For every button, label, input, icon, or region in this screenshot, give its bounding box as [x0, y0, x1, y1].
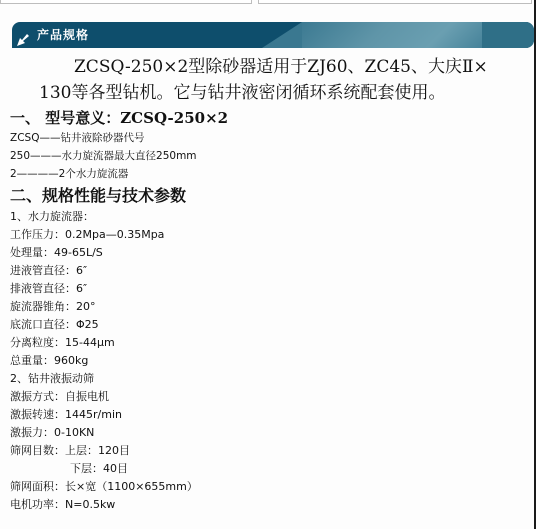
spec-line: 激振力：0-10KN — [10, 424, 94, 440]
model-meaning-heading: 一、 型号意义：ZCSQ-250×2 — [10, 107, 228, 128]
spec-line: 分离粒度：15-44μm — [10, 334, 115, 350]
hydrocyclone-title: 1、水力旋流器： — [10, 208, 94, 224]
spec-line: 旋流器锥角：20° — [10, 298, 96, 314]
spec-line: 工作压力：0.2Mpa—0.35Mpa — [10, 226, 164, 242]
spec-line: 排液管直径：6″ — [10, 280, 87, 296]
top-frame — [0, 0, 536, 6]
top-frame-left — [0, 0, 252, 4]
spec-line: 总重量：960kg — [10, 352, 88, 368]
spec-line: 处理量：49-65L/S — [10, 244, 103, 260]
spec-line: 底流口直径：Φ25 — [10, 316, 99, 332]
spec-line: 电机功率：N=0.5kw — [10, 496, 115, 512]
section-title: 产品规格 — [37, 26, 89, 43]
spec-line: 激振转速：1445r/min — [10, 406, 122, 422]
model-item: 2————2个水力旋流器 — [10, 166, 128, 181]
header-decoration — [482, 22, 534, 48]
model-item: 250———水力旋流器最大直径250mm — [10, 148, 197, 163]
arrow-icon — [16, 33, 30, 47]
intro-line-1: ZCSQ-250×2型除砂器适用于ZJ60、ZC45、大庆Ⅱ× — [74, 52, 488, 77]
top-frame-right — [258, 0, 532, 4]
section-header-bar — [12, 22, 534, 48]
header-decoration — [302, 22, 492, 48]
intro-line-2: 130等各型钻机。它与钻井液密闭循环系统配套使用。 — [39, 78, 445, 103]
spec-line: 筛网面积：长×宽（1100×655mm） — [10, 478, 198, 494]
spec-line: 下层：40目 — [70, 460, 128, 476]
header-decoration — [262, 22, 302, 48]
spec-line: 进液管直径：6″ — [10, 262, 87, 278]
spec-line: 筛网目数：上层：120目 — [10, 442, 130, 458]
specs-heading: 二、规格性能与技术参数 — [10, 183, 186, 206]
shaker-title: 2、钻井液振动筛 — [10, 370, 94, 386]
spec-line: 激振方式：自振电机 — [10, 388, 109, 404]
model-item: ZCSQ——钻井液除砂器代号 — [10, 130, 144, 145]
